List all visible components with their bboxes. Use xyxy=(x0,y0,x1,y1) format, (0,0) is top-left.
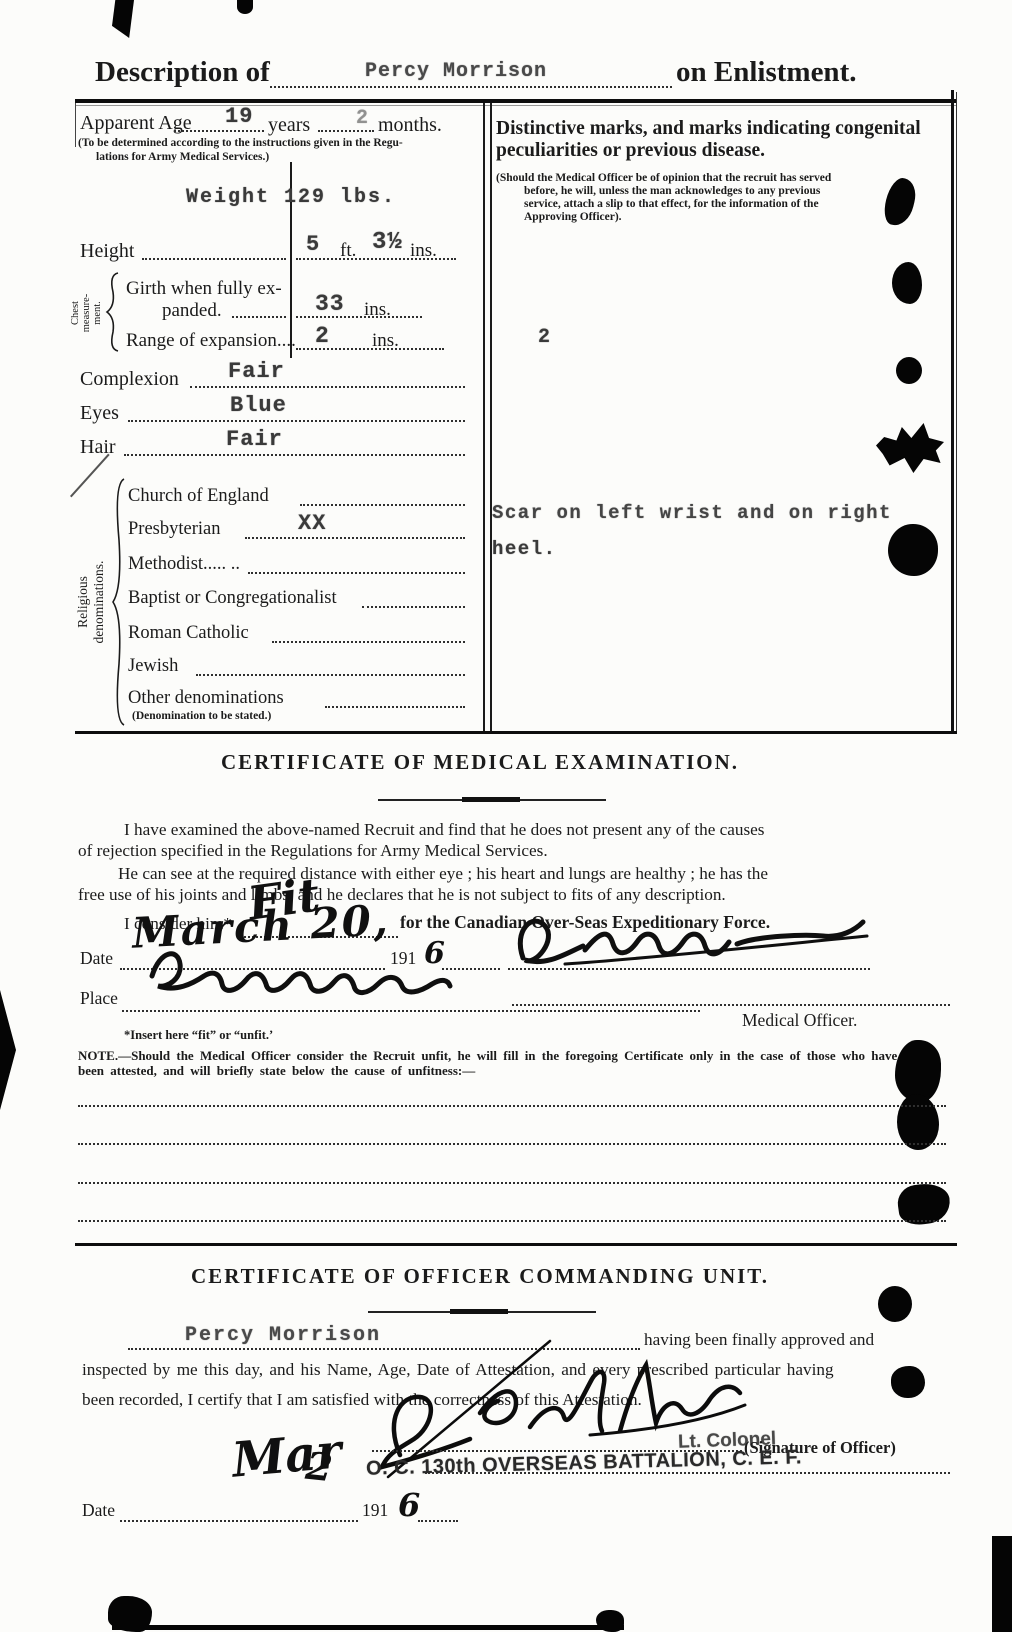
eyes-label: Eyes xyxy=(80,402,119,425)
scan-mark xyxy=(596,1610,624,1632)
med-place-line xyxy=(122,1010,700,1012)
co-year-handwriting: 6 xyxy=(398,1486,420,1524)
hair-value: Fair xyxy=(226,427,283,452)
scan-edge-mark xyxy=(0,990,16,1110)
age-years-line xyxy=(174,130,264,132)
complexion-label: Complexion xyxy=(80,368,179,391)
weight-typed: Weight 129 lbs. xyxy=(186,186,396,209)
unfit-note-line1: NOTE.—Should the Medical Officer conside… xyxy=(78,1048,897,1064)
eyes-line xyxy=(128,420,465,422)
marks-note-line1: (Should the Medical Officer be of opinio… xyxy=(496,172,831,186)
chest-label-line2: measure- xyxy=(81,294,92,332)
denomination-label: Methodist..... .. xyxy=(128,554,240,575)
header-name-line xyxy=(270,86,672,88)
scan-streak xyxy=(112,1625,624,1630)
range-value: 2 xyxy=(315,323,330,349)
distinctive-marks-title-line1: Distinctive marks, and marks indicating … xyxy=(496,118,921,140)
range-label: Range of expansion.... xyxy=(126,330,296,352)
years-label: years xyxy=(268,114,310,137)
complexion-value: Fair xyxy=(228,359,285,384)
denomination-label: Presbyterian xyxy=(128,519,220,540)
ins-label: ins. xyxy=(410,240,437,262)
unfit-note-line2: been attested, and will briefly state be… xyxy=(78,1063,475,1079)
ink-blot xyxy=(895,1040,941,1102)
ft-label: ft. xyxy=(340,240,356,262)
co-date-line2 xyxy=(418,1520,458,1522)
girth-value: 33 xyxy=(315,291,345,317)
medical-cert-title: CERTIFICATE OF MEDICAL EXAMINATION. xyxy=(75,750,885,775)
med-date-label: Date xyxy=(80,948,113,969)
denomination-line xyxy=(196,674,465,676)
denomination-line xyxy=(362,606,465,608)
table-top-rule-shadow xyxy=(75,105,957,106)
mo-label-line xyxy=(512,1004,950,1006)
med-place-label: Place xyxy=(80,988,118,1009)
denomination-label: Baptist or Congregationalist xyxy=(128,588,337,609)
co-date-line xyxy=(120,1520,358,1522)
denomination-line xyxy=(272,641,465,643)
denomination-line xyxy=(300,504,465,506)
place-handwriting xyxy=(140,940,460,1002)
denomination-label: Roman Catholic xyxy=(128,623,249,644)
table-left-border xyxy=(75,103,76,147)
age-years-value: 19 xyxy=(225,104,253,129)
ink-blot xyxy=(881,175,920,228)
denomination-note: (Denomination to be stated.) xyxy=(132,710,271,724)
column-divider xyxy=(490,103,492,733)
medical-para1-line2: of rejection specified in the Regulation… xyxy=(78,841,548,861)
range-unit: ins. xyxy=(372,330,399,352)
ink-blot xyxy=(897,1094,939,1150)
table-bottom-rule xyxy=(75,731,957,734)
medical-para2-line1: He can see at the required distance with… xyxy=(118,864,768,884)
chest-brace xyxy=(106,272,120,352)
ink-blot xyxy=(896,357,922,384)
chest-measurement-label: Chest measure- ment. xyxy=(70,273,106,353)
co-year-printed: 191 xyxy=(362,1500,388,1521)
chest-label-line3: ment. xyxy=(92,301,103,325)
eyes-value: Blue xyxy=(230,393,287,418)
blank-line xyxy=(78,1105,946,1107)
medical-para1-line1: I have examined the above-named Recruit … xyxy=(124,820,764,840)
religious-denominations-label: Religious denominations. xyxy=(75,477,109,727)
denomination-label: Jewish xyxy=(128,656,178,677)
marks-note-line3: service, attach a slip to that effect, f… xyxy=(524,198,819,212)
blank-line xyxy=(78,1182,946,1184)
attestation-form-page: Description of Percy Morrison on Enlistm… xyxy=(0,0,1012,1632)
months-label: months. xyxy=(378,114,442,137)
table-right-border xyxy=(951,90,954,733)
girth-unit: ins. xyxy=(364,299,391,321)
distinctive-marks-title-line2: peculiarities or previous disease. xyxy=(496,140,765,162)
height-in-value: 3½ xyxy=(372,229,403,256)
girth-label-line2: panded. xyxy=(162,300,222,322)
co-date-handwriting-day: 2 xyxy=(304,1443,335,1491)
ink-splatter xyxy=(876,423,944,473)
marks-entry-line1: Scar on left wrist and on right xyxy=(492,502,892,524)
girth-label-line1: Girth when fully ex- xyxy=(126,278,282,300)
denomination-label: Other denominations xyxy=(128,688,284,709)
age-months-value: 2 xyxy=(356,107,369,130)
complexion-line xyxy=(190,386,465,388)
co-cert-ornament-rule xyxy=(368,1308,596,1314)
marks-note-line2: before, he will, unless the man acknowle… xyxy=(524,185,820,199)
medical-officer-label: Medical Officer. xyxy=(742,1010,857,1031)
age-note-line2: lations for Army Medical Services.) xyxy=(96,151,269,165)
form-title-suffix: on Enlistment. xyxy=(676,56,856,89)
ink-blot xyxy=(892,262,922,304)
scan-edge-mark xyxy=(992,1536,1012,1632)
co-date-label: Date xyxy=(82,1500,115,1521)
blank-line xyxy=(78,1143,946,1145)
scan-mark xyxy=(237,0,253,14)
marks-entry-line2: heel. xyxy=(492,538,557,560)
height-leader xyxy=(142,258,286,260)
table-top-rule xyxy=(75,99,957,103)
chest-label-line1: Chest xyxy=(70,301,81,325)
column-divider xyxy=(483,103,485,733)
form-title-prefix: Description of xyxy=(95,56,270,89)
age-months-line xyxy=(318,130,374,132)
hair-line xyxy=(124,454,465,456)
denomination-value-typed: XX xyxy=(298,511,326,536)
medical-cert-ornament-rule xyxy=(378,796,606,802)
religion-brace xyxy=(112,478,126,726)
marks-note-line4: Approving Officer). xyxy=(524,211,622,225)
table-right-border xyxy=(956,92,957,733)
denomination-label: Church of England xyxy=(128,486,269,507)
ink-blot xyxy=(878,1286,912,1322)
denomination-line xyxy=(248,572,465,574)
religion-label-line1: Religious xyxy=(75,576,90,628)
co-cert-title: CERTIFICATE OF OFFICER COMMANDING UNIT. xyxy=(75,1264,885,1289)
page-number-typed: 2 xyxy=(538,326,551,349)
co-section-rule xyxy=(75,1243,957,1246)
denomination-line xyxy=(325,706,465,708)
height-label: Height xyxy=(80,240,134,263)
hair-label: Hair xyxy=(80,436,116,459)
ink-blot xyxy=(891,1366,925,1398)
ink-blot xyxy=(888,524,938,576)
denomination-line xyxy=(245,537,465,539)
age-note-line1: (To be determined according to the instr… xyxy=(78,137,403,151)
girth-leader xyxy=(232,316,286,318)
insert-note: *Insert here “fit” or “unfit.’ xyxy=(124,1028,273,1043)
med-signature-line xyxy=(508,968,870,970)
religion-label-line2: denominations. xyxy=(91,561,106,644)
scan-mark xyxy=(112,0,134,38)
height-ft-value: 5 xyxy=(306,232,320,257)
recruit-name-typed: Percy Morrison xyxy=(365,60,547,83)
blank-line xyxy=(78,1220,946,1222)
